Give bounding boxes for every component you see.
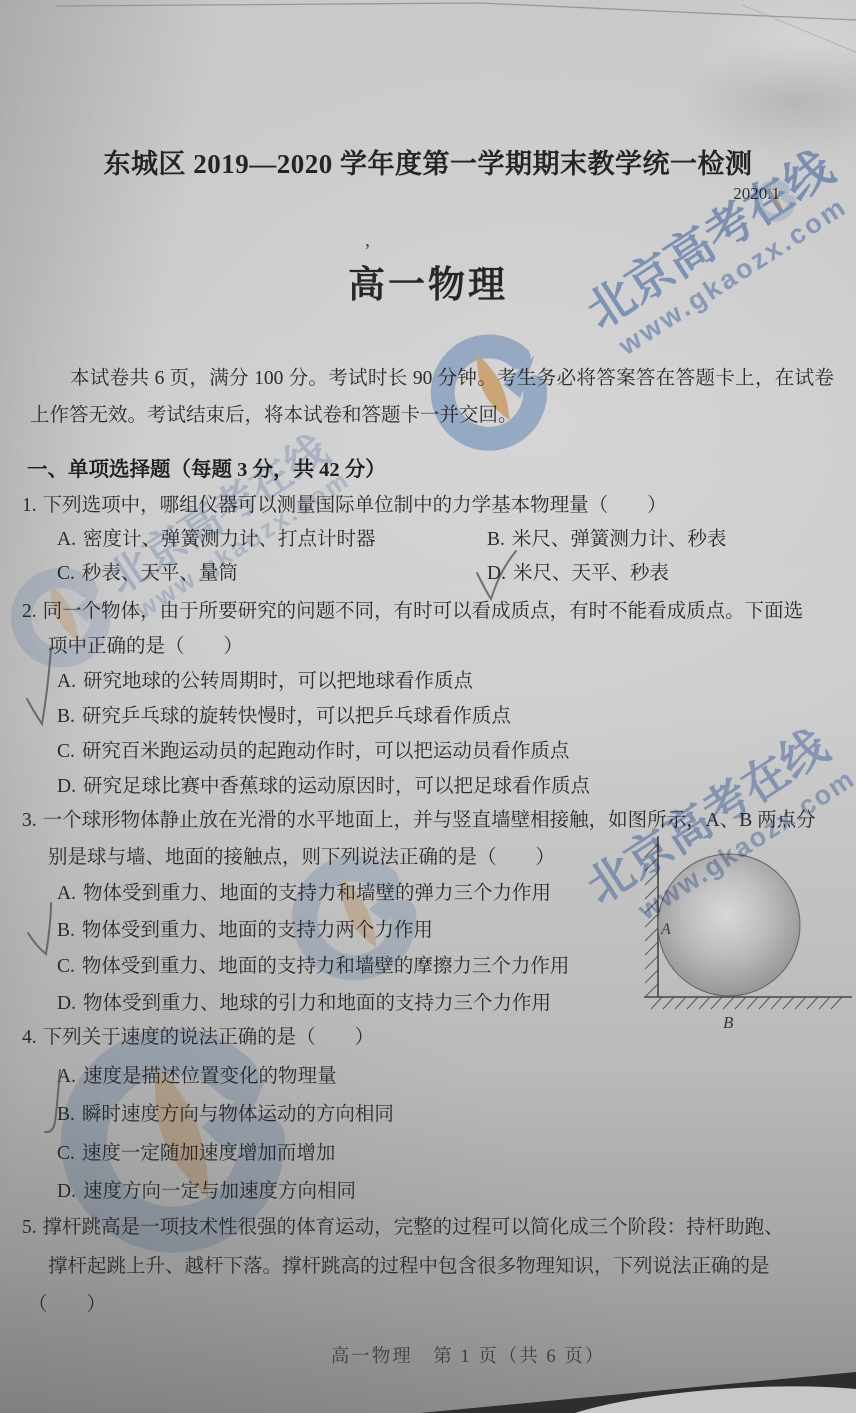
option-b-label: B. xyxy=(57,706,75,727)
question-4-stem: 4.下列关于速度的说法正确的是（ ） xyxy=(22,1019,848,1058)
option-c-label: C. xyxy=(57,563,75,584)
option-a-label: A. xyxy=(57,883,76,904)
option-a: A.研究地球的公转周期时，可以把地球看作质点 xyxy=(22,664,848,699)
question-5-stem: 5.撑杆跳高是一项技术性很强的体育运动，完整的过程可以简化成三个阶段：持杆助跑、 xyxy=(22,1209,848,1248)
contact-point-a-label: A xyxy=(660,921,671,938)
question-1: 1.下列选项中，哪组仪器可以测量国际单位制中的力学基本物理量（ ） A.密度计、… xyxy=(22,489,848,591)
option-a-label: A. xyxy=(57,1066,76,1087)
question-2-stem-cont: 项中正确的是（ ） xyxy=(22,629,848,664)
option-c: C.速度一定随加速度增加而增加 xyxy=(22,1135,848,1174)
question-2: 2.同一个物体，由于所要研究的问题不同，有时可以看成质点，有时不能看成质点。下面… xyxy=(22,594,848,804)
option-b-label: B. xyxy=(57,920,75,941)
question-number: 5. xyxy=(22,1217,37,1238)
option-c-label: C. xyxy=(57,956,75,977)
exam-paper-page: 东城区 2019—2020 学年度第一学期期末教学统一检测 2020.1 ’ 高… xyxy=(0,0,856,1413)
option-c-label: C. xyxy=(57,741,75,762)
option-b: B.米尺、弹簧测力计、秒表 xyxy=(487,523,726,557)
question-5: 5.撑杆跳高是一项技术性很强的体育运动，完整的过程可以简化成三个阶段：持杆助跑、… xyxy=(22,1209,848,1325)
option-a: A.密度计、弹簧测力计、打点计时器 xyxy=(22,523,487,557)
question-5-answer-blank: （ ） xyxy=(22,1286,848,1325)
option-b-label: B. xyxy=(487,529,505,550)
question-5-stem-cont: 撑杆起跳上升、越杆下落。撑杆跳高的过程中包含很多物理知识，下列说法正确的是 xyxy=(22,1248,848,1287)
question-number: 1. xyxy=(22,495,37,516)
exam-instructions: 本试卷共 6 页，满分 100 分。考试时长 90 分钟。考生务必将答案答在答题… xyxy=(30,360,834,434)
question-1-options-row-1: A.密度计、弹簧测力计、打点计时器B.米尺、弹簧测力计、秒表 xyxy=(22,523,848,557)
subject-title: 高一物理 xyxy=(0,254,856,308)
exam-date: 2020.1 xyxy=(733,184,780,204)
option-d-label: D. xyxy=(57,776,76,797)
option-c: C.秒表、天平、量筒 xyxy=(22,557,487,591)
question-1-stem: 1.下列选项中，哪组仪器可以测量国际单位制中的力学基本物理量（ ） xyxy=(22,489,848,523)
option-d-label: D. xyxy=(487,563,506,584)
option-a-label: A. xyxy=(57,671,76,692)
option-b: B.研究乒乓球的旋转快慢时，可以把乒乓球看作质点 xyxy=(22,699,848,734)
option-a-label: A. xyxy=(57,529,76,550)
option-b-label: B. xyxy=(57,1104,75,1125)
section-heading: 一、单项选择题（每题 3 分，共 42 分） xyxy=(27,452,386,482)
question-number: 2. xyxy=(22,601,37,622)
question-number: 3. xyxy=(22,810,37,831)
exam-title: 东城区 2019—2020 学年度第一学期期末教学统一检测 xyxy=(0,142,856,181)
option-d: D.速度方向一定与加速度方向相同 xyxy=(22,1173,848,1212)
option-a: A.速度是描述位置变化的物理量 xyxy=(22,1058,848,1097)
option-d-label: D. xyxy=(57,1181,76,1202)
ball-wall-figure: A B xyxy=(638,830,854,1034)
option-b: B.瞬时速度方向与物体运动的方向相同 xyxy=(22,1096,848,1135)
option-d: D.米尺、天平、秒表 xyxy=(487,557,669,591)
desk-edge-shadow xyxy=(420,1372,856,1413)
ball xyxy=(658,854,800,996)
ground-hatching xyxy=(651,997,842,1009)
option-d-label: D. xyxy=(57,993,76,1014)
option-d: D.研究足球比赛中香蕉球的运动原因时，可以把足球看作质点 xyxy=(22,769,848,804)
wall-hatching xyxy=(645,844,658,997)
option-c-label: C. xyxy=(57,1143,75,1164)
page-footer: 高一物理 第 1 页（共 6 页） xyxy=(80,1342,856,1368)
question-number: 4. xyxy=(22,1027,37,1048)
desk-object xyxy=(575,1386,856,1413)
question-1-options-row-2: C.秒表、天平、量筒D.米尺、天平、秒表 xyxy=(22,557,848,591)
question-2-stem: 2.同一个物体，由于所要研究的问题不同，有时可以看成质点，有时不能看成质点。下面… xyxy=(22,594,848,629)
question-4: 4.下列关于速度的说法正确的是（ ） A.速度是描述位置变化的物理量 B.瞬时速… xyxy=(22,1019,848,1212)
option-c: C.研究百米跑运动员的起跑动作时，可以把运动员看作质点 xyxy=(22,734,848,769)
